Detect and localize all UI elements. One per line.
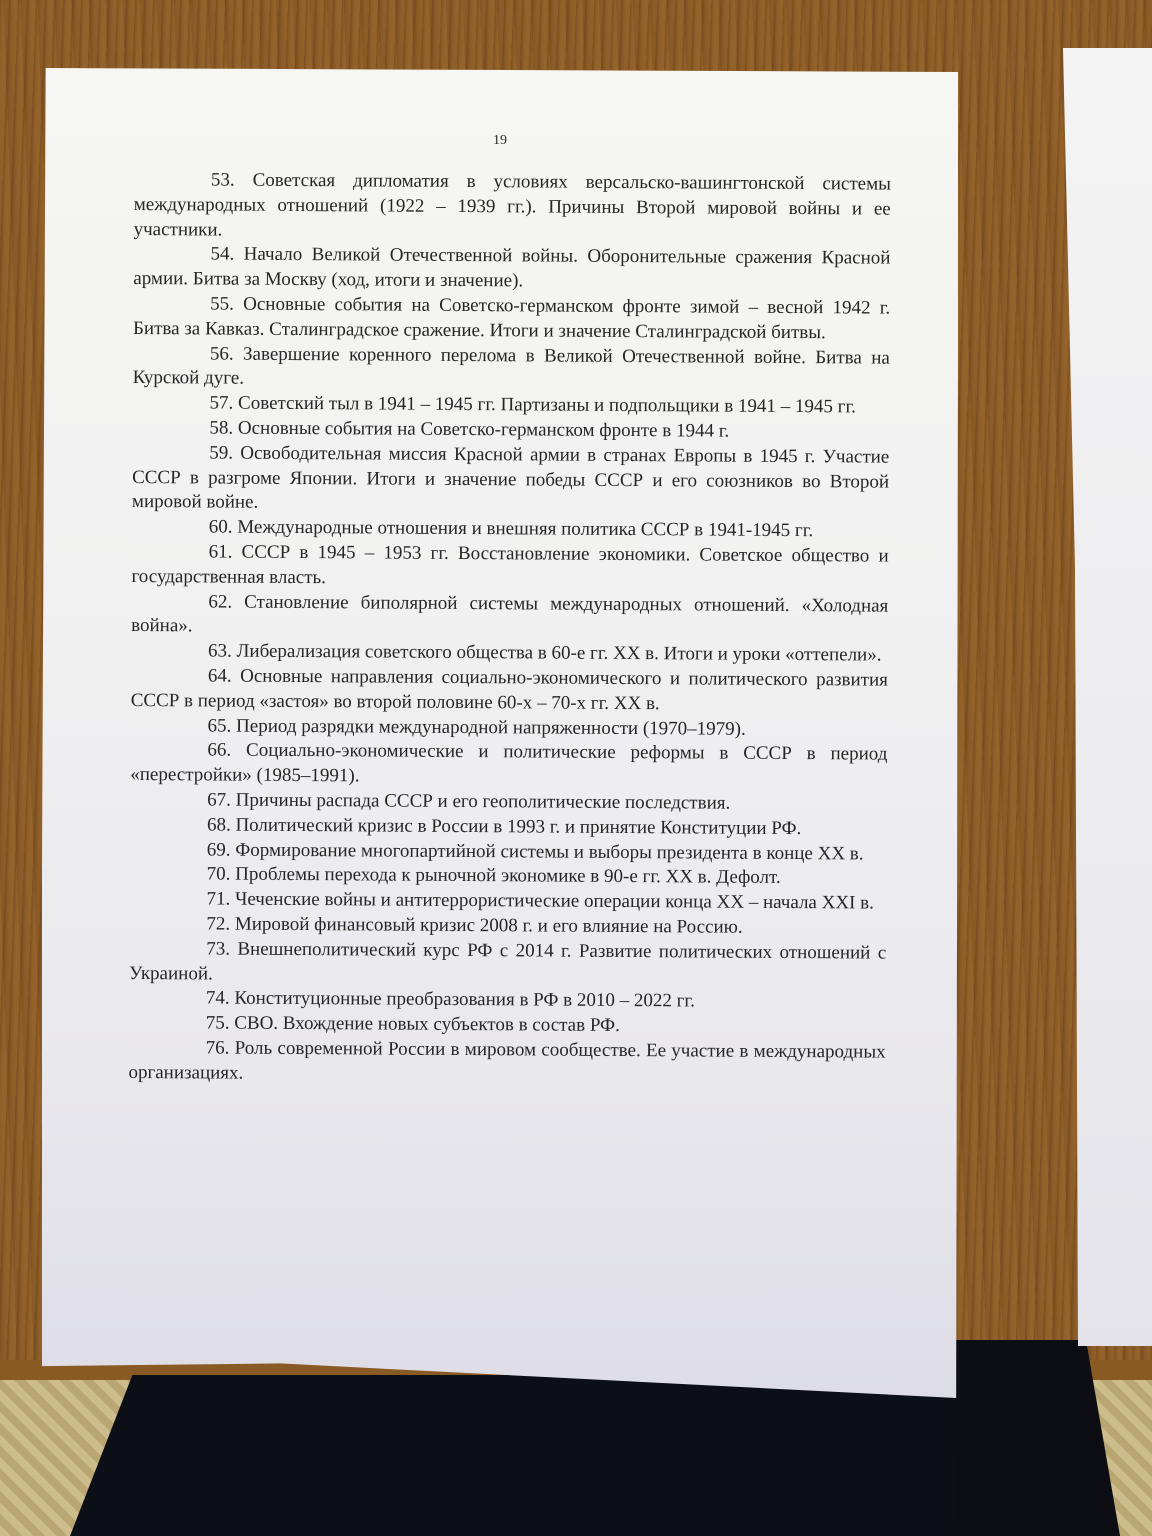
- question-number: 56.: [210, 343, 234, 364]
- question-text: Социально-экономические и политические р…: [130, 740, 887, 786]
- question-text: Основные события на Советско-германском …: [133, 294, 890, 343]
- question-number: 69.: [207, 839, 231, 860]
- question-text: Либерализация советского общества в 60-е…: [236, 641, 881, 666]
- question-number: 53.: [211, 169, 235, 190]
- question-item: 56. Завершение коренного перелома в Вели…: [133, 342, 890, 396]
- question-text: Становление биполярной системы междунаро…: [131, 591, 888, 636]
- question-item: 55. Основные события на Советско-германс…: [133, 292, 890, 346]
- question-number: 59.: [209, 442, 233, 463]
- question-item: 53. Советская дипломатия в условиях верс…: [134, 168, 891, 247]
- question-number: 55.: [210, 293, 234, 314]
- question-number: 72.: [206, 913, 230, 934]
- question-number: 57.: [210, 393, 234, 414]
- paper-sheet: 19 53. Советская дипломатия в условиях в…: [42, 68, 958, 1398]
- question-text: Конституционные преобразования в РФ в 20…: [234, 988, 695, 1012]
- question-text: Советский тыл в 1941 – 1945 гг. Партизан…: [238, 393, 856, 418]
- question-text: Мировой финансовый кризис 2008 г. и его …: [235, 914, 743, 938]
- question-text: Роль современной России в мировом сообще…: [128, 1038, 885, 1084]
- question-text: СССР в 1945 – 1953 гг. Восстановление эк…: [131, 542, 888, 588]
- page-number: 19: [42, 133, 958, 149]
- question-number: 58.: [209, 417, 233, 438]
- question-number: 66.: [207, 740, 231, 761]
- question-text: Причины распада СССР и его геополитическ…: [236, 790, 731, 814]
- question-number: 74.: [206, 988, 230, 1009]
- question-text: Основные направления социально-экономиче…: [131, 666, 888, 714]
- question-number: 62.: [208, 591, 232, 612]
- question-number: 60.: [209, 517, 233, 538]
- question-item: 61. СССР в 1945 – 1953 гг. Восстановлени…: [131, 540, 888, 594]
- question-text: Начало Великой Отечественной войны. Обор…: [133, 244, 890, 292]
- question-number: 76.: [206, 1037, 230, 1058]
- question-number: 64.: [208, 665, 232, 686]
- question-text: СВО. Вхождение новых субъектов в состав …: [234, 1013, 620, 1036]
- question-text: Международные отношения и внешняя полити…: [237, 517, 813, 542]
- question-number: 75.: [206, 1013, 230, 1034]
- question-item: 59. Освободительная миссия Красной армии…: [132, 441, 889, 520]
- question-item: 62. Становление биполярной системы между…: [131, 590, 888, 644]
- dark-clothing-edge: [950, 1340, 1120, 1536]
- exam-questions-list: 53. Советская дипломатия в условиях верс…: [128, 168, 891, 1090]
- question-number: 73.: [206, 938, 230, 959]
- question-number: 65.: [208, 715, 232, 736]
- question-number: 61.: [209, 541, 233, 562]
- question-item: 76. Роль современной России в мировом со…: [128, 1036, 885, 1090]
- question-text: Формирование многопартийной системы и вы…: [235, 839, 863, 864]
- question-number: 54.: [210, 244, 234, 265]
- question-item: 66. Социально-экономические и политическ…: [130, 738, 887, 792]
- question-number: 71.: [206, 889, 230, 910]
- question-text: Завершение коренного перелома в Великой …: [133, 343, 890, 389]
- question-text: Период разрядки международной напряженно…: [236, 715, 746, 739]
- question-item: 73. Внешнеполитический курс РФ с 2014 г.…: [129, 937, 886, 991]
- question-text: Освободительная миссия Красной армии в с…: [132, 442, 889, 513]
- question-text: Внешнеполитический курс РФ с 2014 г. Раз…: [129, 938, 886, 984]
- question-text: Основные события на Советско-германском …: [238, 418, 729, 442]
- question-text: Чеченские войны и антитеррористические о…: [235, 889, 874, 914]
- question-text: Политический кризис в России в 1993 г. и…: [235, 814, 801, 838]
- question-item: 54. Начало Великой Отечественной войны. …: [133, 242, 890, 296]
- question-text: Советская дипломатия в условиях версальс…: [134, 170, 891, 240]
- question-item: 64. Основные направления социально-эконо…: [131, 664, 888, 718]
- question-number: 67.: [207, 789, 231, 810]
- question-text: Проблемы перехода к рыночной экономике в…: [235, 864, 781, 888]
- question-number: 70.: [207, 864, 231, 885]
- question-number: 63.: [208, 641, 232, 662]
- question-number: 68.: [207, 814, 231, 835]
